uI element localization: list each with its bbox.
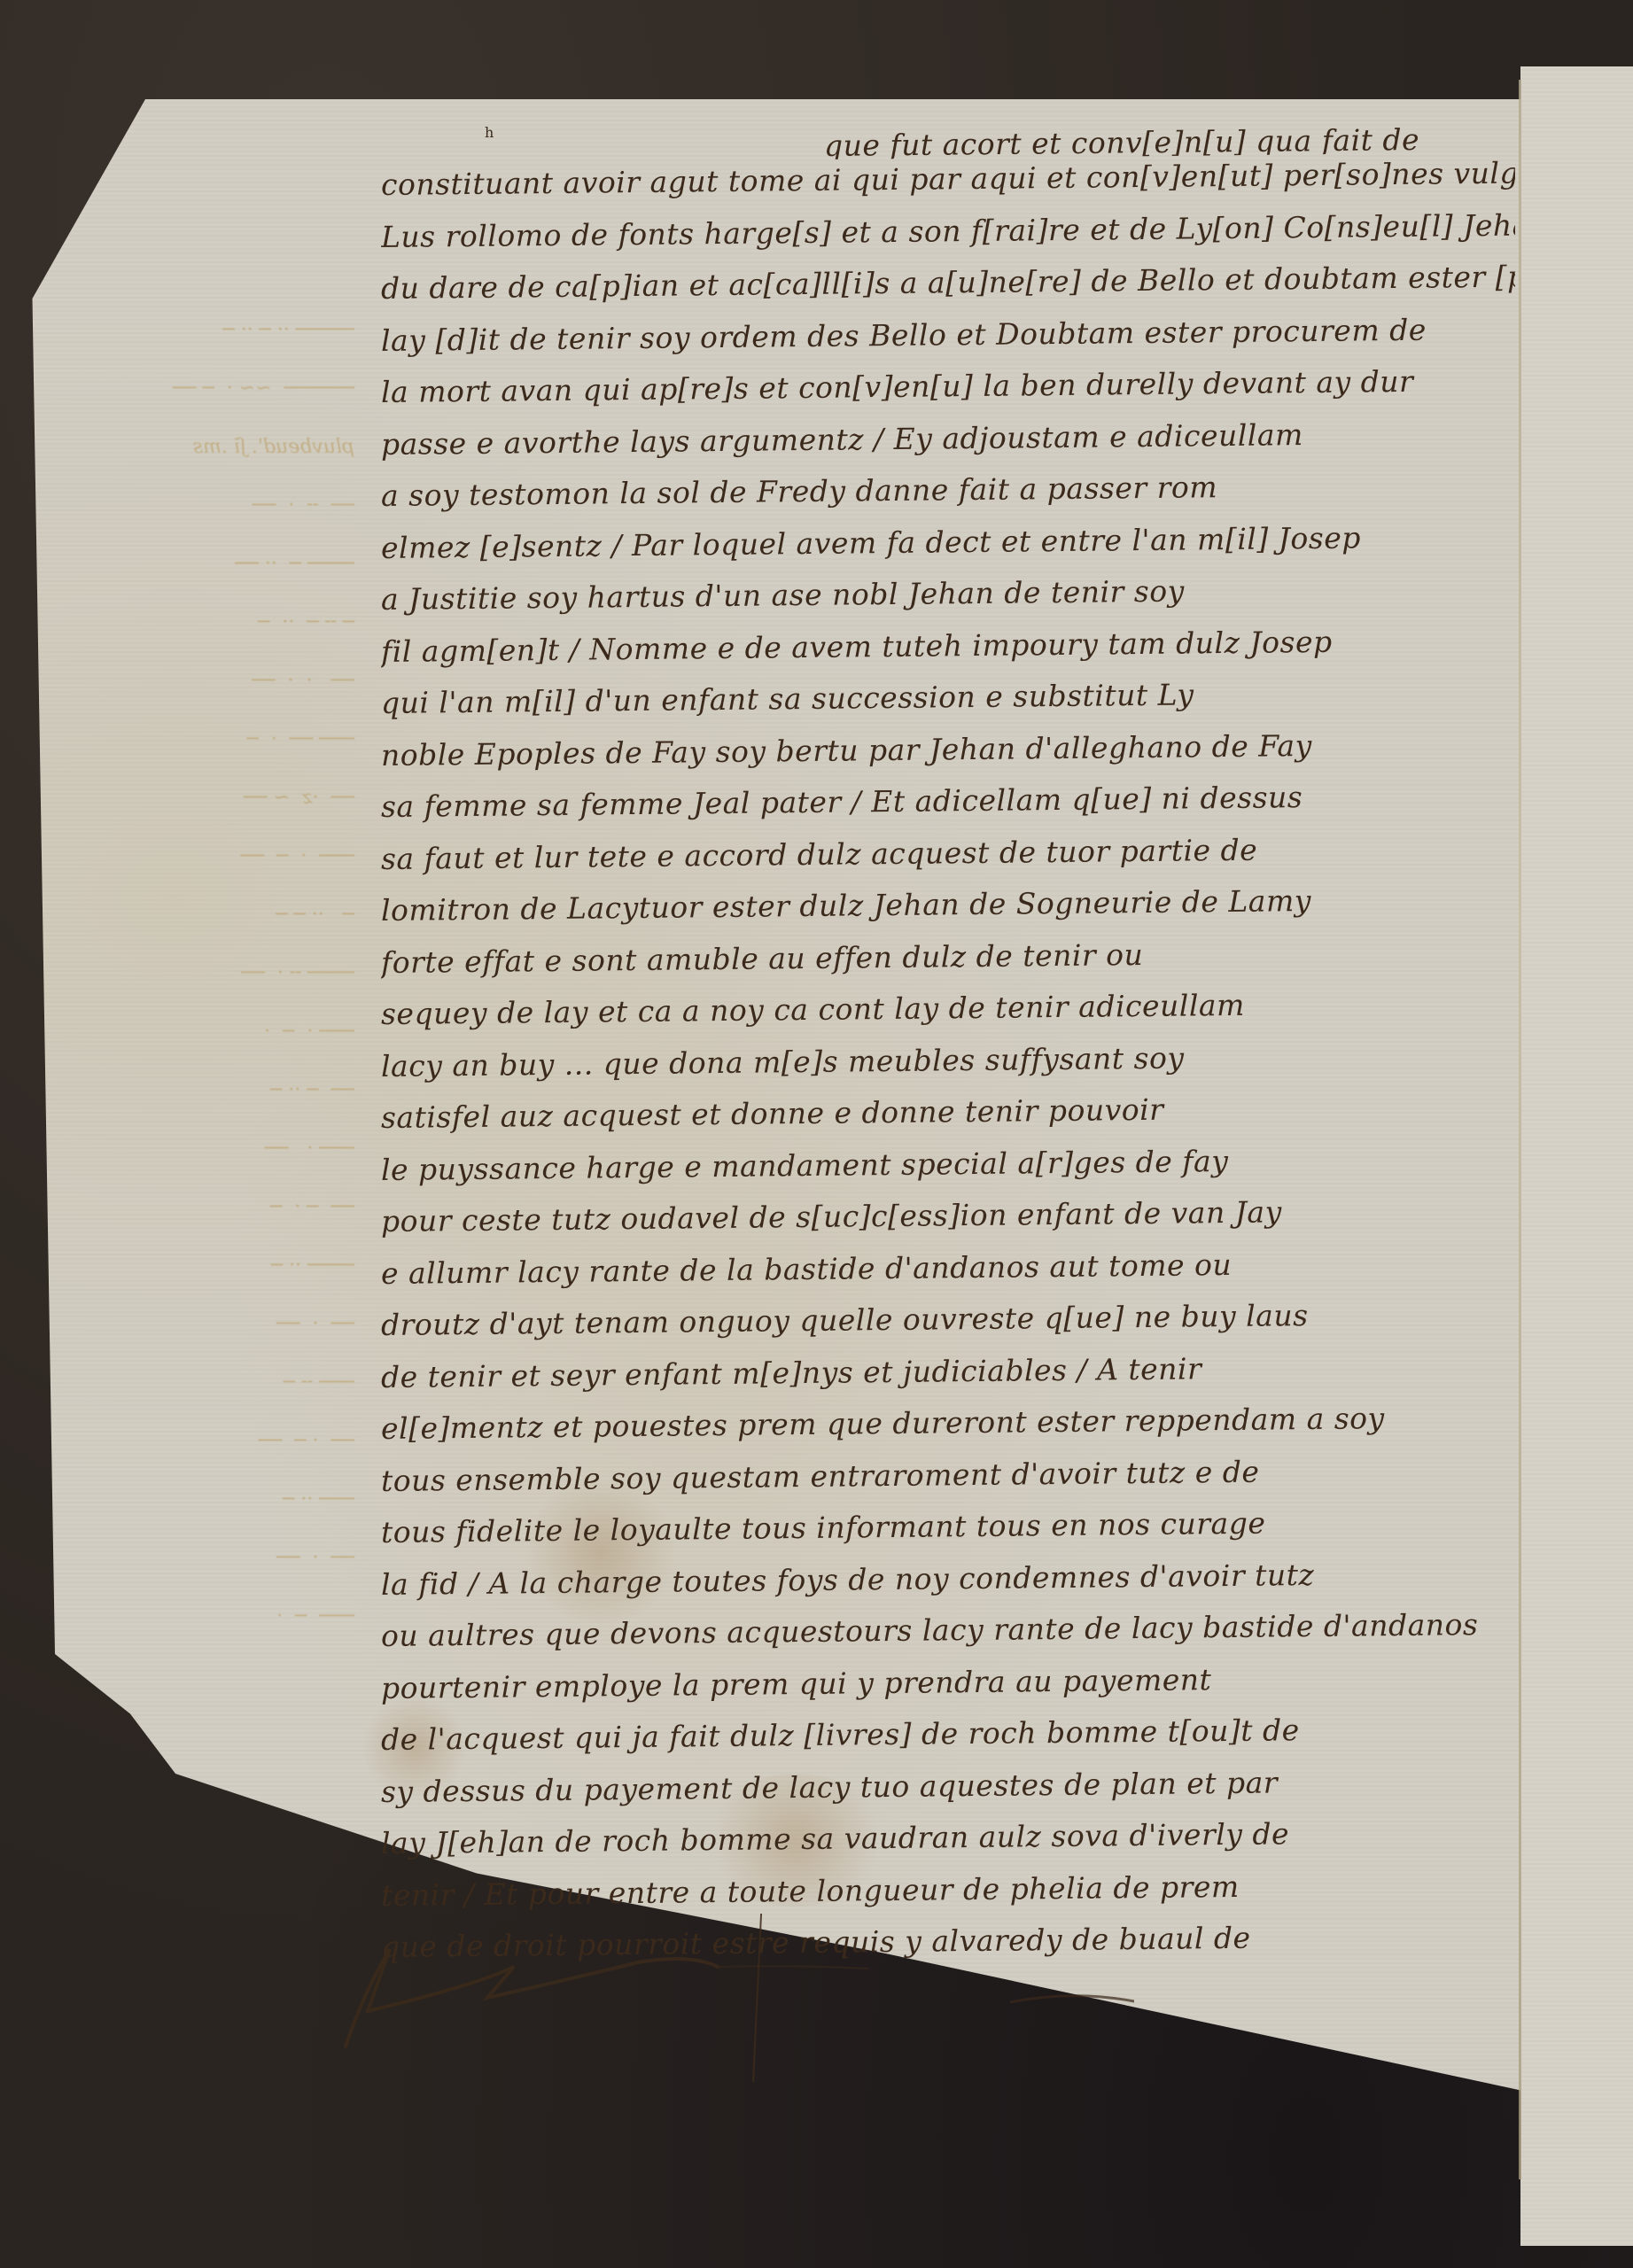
signature-flourish	[337, 1914, 1134, 2091]
manuscript-text: que fut acort et conv[e]n[u] qua fait de…	[381, 133, 1515, 1974]
fold-line	[1519, 80, 1521, 2179]
facing-folio	[1520, 66, 1633, 2246]
margin-bleed-through: ───── ·· ─ ·· ─ ────── ~~ · ─ ── pluvbeu…	[62, 301, 354, 1674]
